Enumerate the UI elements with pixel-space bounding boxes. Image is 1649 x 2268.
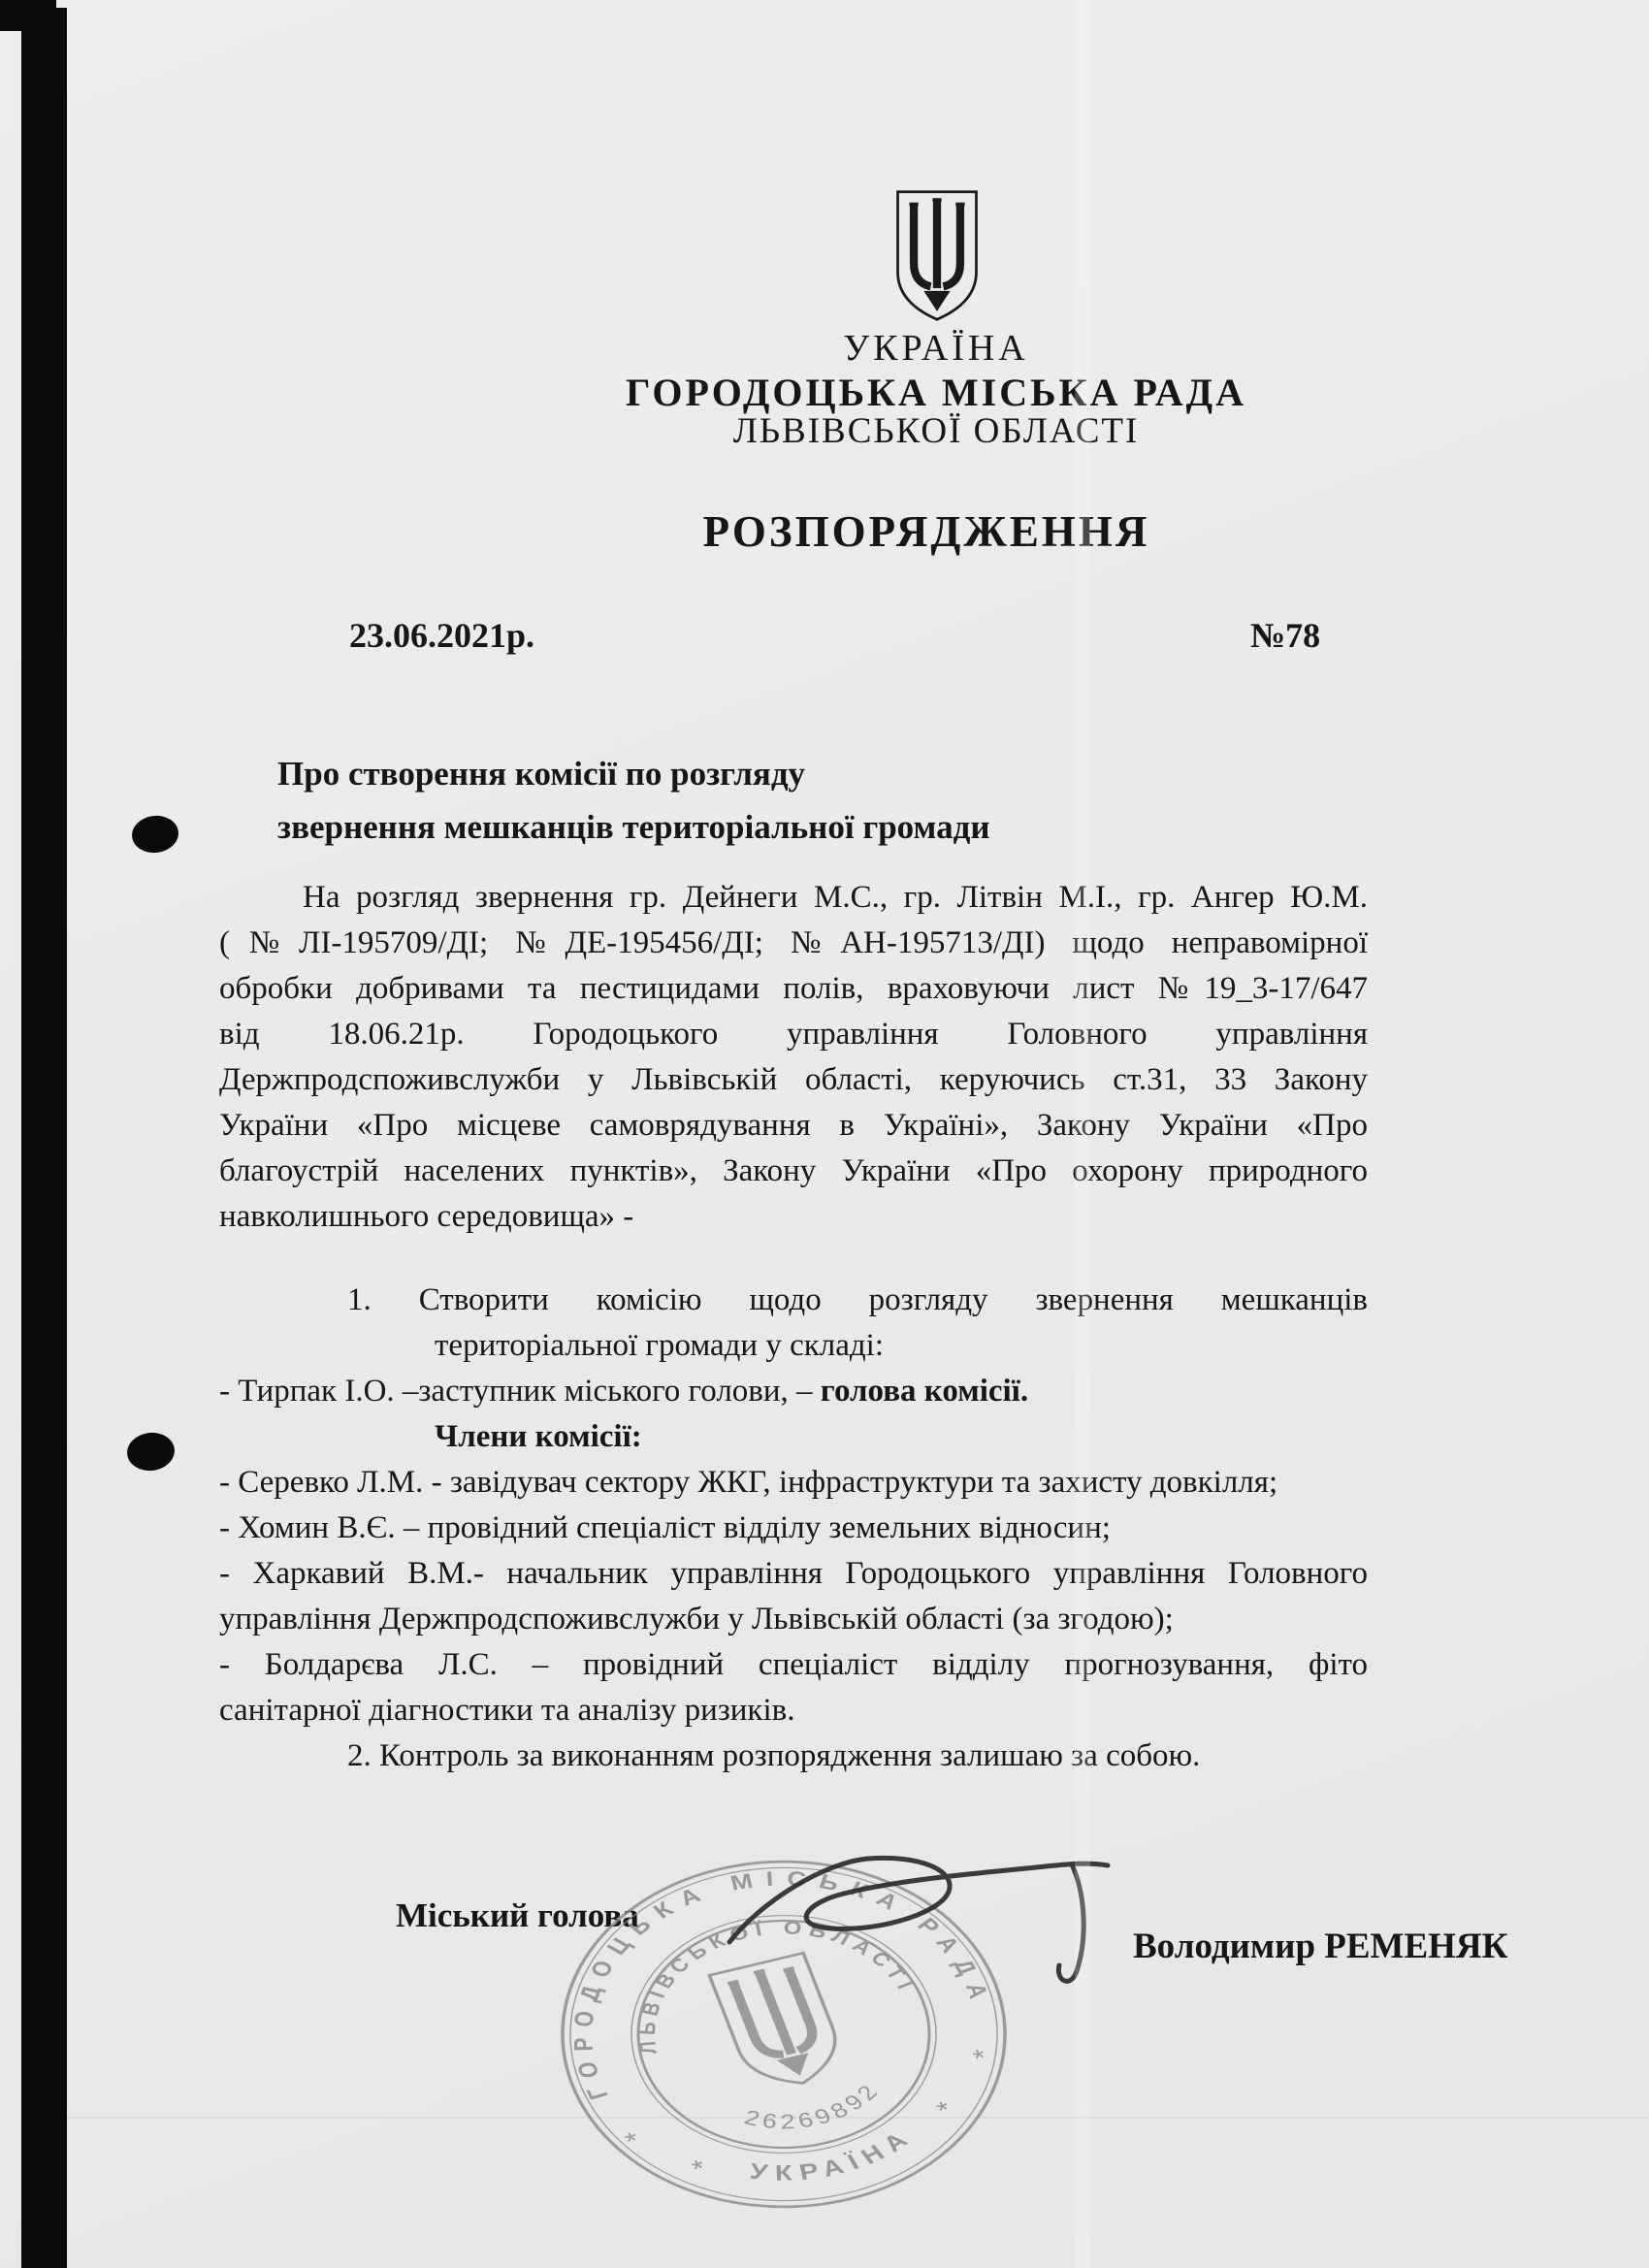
svg-text:26269892: 26269892 (733, 2075, 893, 2147)
preamble-line: Держпродспоживслужби у Львівській област… (219, 1057, 1368, 1103)
preamble-paragraph: На розгляд звернення гр. Дейнеги М.С., г… (219, 875, 1368, 1240)
handwritten-signature (669, 1833, 1135, 1998)
council-name: ГОРОДОЦЬКА МІСЬКА РАДА (223, 370, 1649, 415)
region-name: ЛЬВІВСЬКОЇ ОБЛАСТІ (223, 410, 1649, 452)
members-heading: Члени комісії: (219, 1414, 1368, 1460)
item-2-line: 2. Контроль за виконанням розпорядження … (219, 1733, 1368, 1779)
member-line: - Харкавий В.М.- начальник управління Го… (219, 1551, 1368, 1597)
stamp-star: * (688, 2155, 709, 2183)
document-date: 23.06.2021р. (349, 615, 534, 656)
country-name: УКРАЇНА (223, 327, 1649, 370)
preamble-line: благоустрій населених пунктів», Закону У… (219, 1149, 1368, 1194)
hole-punch-bottom (125, 1430, 177, 1474)
subject-line-1: Про створення комісії по розгляду (277, 747, 1374, 800)
stamp-star: * (969, 2044, 990, 2072)
commission-head-text: - Тирпак І.О. –заступник міського голови… (219, 1374, 821, 1409)
scanned-document-page: УКРАЇНА ГОРОДОЦЬКА МІСЬКА РАДА ЛЬВІВСЬКО… (0, 0, 1649, 2268)
document-number: №78 (1250, 615, 1320, 656)
preamble-line: (№ЛІ-195709/ДІ; №ДЕ-195456/ДІ; №АН-19571… (219, 921, 1368, 966)
commission-head-role: голова комісії. (821, 1374, 1028, 1409)
scan-streak (1075, 0, 1090, 2268)
subject-line-2: звернення мешканців територіальної грома… (277, 800, 1374, 854)
member-line: - Болдарєва Л.С. – провідний спеціаліст … (219, 1642, 1368, 1688)
item-1-line-1: 1. Створити комісію щодо розгляду зверне… (219, 1278, 1368, 1323)
preamble-line: від 18.06.21р. Городоцького управління Г… (219, 1012, 1368, 1057)
resolution-body: 1. Створити комісію щодо розгляду зверне… (219, 1278, 1368, 1779)
tryzub-emblem-icon (892, 184, 982, 328)
member-line: - Серевко Л.М. - завідувач сектору ЖКГ, … (219, 1460, 1368, 1506)
subject-heading: Про створення комісії по розгляду зверне… (277, 747, 1374, 854)
preamble-line: обробки добривами та пестицидами полів, … (219, 966, 1368, 1012)
stamp-star: * (622, 2127, 643, 2155)
member-line: санітарної діагностики та аналізу ризикі… (219, 1688, 1368, 1733)
preamble-line: На розгляд звернення гр. Дейнеги М.С., г… (219, 875, 1368, 921)
stamp-star: * (933, 2096, 954, 2124)
item-1-line-2: територіальної громади у складі: (219, 1323, 1368, 1369)
preamble-line: України «Про місцеве самоврядування в Ук… (219, 1103, 1368, 1149)
signer-name: Володимир РЕМЕНЯК (1133, 1926, 1507, 1967)
document-type-title: РОЗПОРЯДЖЕННЯ (204, 506, 1649, 557)
scan-black-edge (21, 8, 67, 2268)
commission-head-line: - Тирпак І.О. –заступник міського голови… (219, 1369, 1368, 1414)
stamp-code-text: 26269892 (733, 2075, 893, 2147)
member-line: управління Держпродспоживслужби у Львівс… (219, 1597, 1368, 1642)
preamble-line: навколишнього середовища» - (219, 1194, 1368, 1240)
member-line: - Хомин В.Є. – провідний спеціаліст відд… (219, 1506, 1368, 1551)
hole-punch-top (130, 813, 180, 856)
scan-black-corner (0, 0, 56, 31)
